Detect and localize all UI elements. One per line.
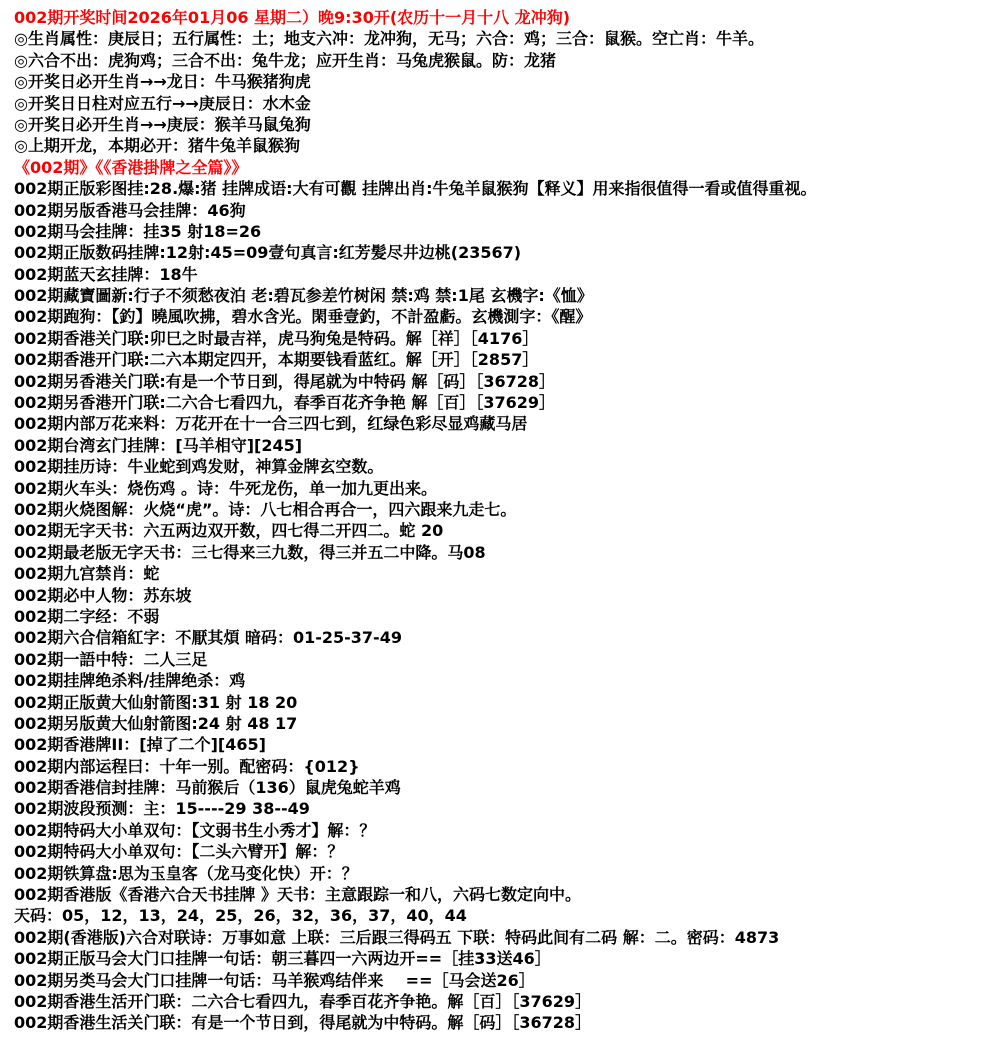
text-line: 002期内部万花来料：万花开在十一合三四七到，红绿色彩尽显鸡藏马居: [14, 413, 992, 434]
text-line: 002期香港生活关门联：有是一个节日到，得尾就为中特码。解［码］［36728］: [14, 1012, 992, 1033]
text-line: 002期九宫禁肖：蛇: [14, 563, 992, 584]
lottery-tips-text-block: 002期开奖时间2026年01月06 星期二）晚9:30开(农历十一月十八 龙冲…: [14, 7, 992, 1034]
text-line: 002期铁算盘:思为玉皇客（龙马变化快）开：？: [14, 863, 992, 884]
text-line: 002期另类马会大门口挂牌一句话：马羊猴鸡结伴来 ==［马会送26］: [14, 970, 992, 991]
text-line: 002期特码大小单双句：【二头六臂开】解：？: [14, 841, 992, 862]
text-line: 002期火烧图解：火烧“虎”。诗：八七相合再合一，四六跟来九走七。: [14, 499, 992, 520]
highlight-text-line: 002期开奖时间2026年01月06 星期二）晚9:30开(农历十一月十八 龙冲…: [14, 7, 992, 28]
text-line: 002期挂牌绝杀料/挂牌绝杀：鸡: [14, 670, 992, 691]
text-line: 002期台湾玄门挂牌：[马羊相守][245]: [14, 435, 992, 456]
text-line: ◎开奖日必开生肖→→庚辰：猴羊马鼠兔狗: [14, 114, 992, 135]
text-line: 002期跑狗：【釣】曉風吹拂，碧水含光。閑垂壹釣，不計盈虧。玄機測字：《醒》: [14, 306, 992, 327]
text-line: ◎开奖日日柱对应五行→→庚辰日：水木金: [14, 93, 992, 114]
lottery-tips-page: 002期开奖时间2026年01月06 星期二）晚9:30开(农历十一月十八 龙冲…: [0, 0, 1000, 1051]
text-line: 002期最老版无字天书：三七得来三九数，得三并五二中降。马08: [14, 542, 992, 563]
text-line: ◎开奖日必开生肖→→龙日：牛马猴猪狗虎: [14, 71, 992, 92]
text-line: 002期(香港版)六合对联诗：万事如意 上联：三后跟三得码五 下联：特码此间有二…: [14, 927, 992, 948]
text-line: 002期马会挂牌：挂35 射18=26: [14, 221, 992, 242]
text-line: 002期香港版《香港六合天书挂牌 》天书：主意跟踪一和八，六码七数定向中。: [14, 884, 992, 905]
text-line: 002期另香港开门联:二六合七看四九，春季百花齐争艳 解［百］［37629］: [14, 392, 992, 413]
text-line: 天码：05，12，13，24，25，26，32，36，37，40，44: [14, 905, 992, 926]
text-line: 002期蓝天玄挂牌：18牛: [14, 264, 992, 285]
text-line: 002期藏寶圖新:行子不须愁夜泊 老:碧瓦参差竹树闲 禁:鸡 禁:1尾 玄機字:…: [14, 285, 992, 306]
text-line: 002期特码大小单双句：【文弱书生小秀才】解：？: [14, 820, 992, 841]
text-line: 002期香港信封挂牌：马前猴后（136）鼠虎兔蛇羊鸡: [14, 777, 992, 798]
text-line: 002期波段预测：主：15----29 38--49: [14, 798, 992, 819]
text-line: 002期另版黄大仙射箭图:24 射 48 17: [14, 713, 992, 734]
text-line: 002期正版数码挂牌:12射:45=09壹句真言:红芳髪尽井边桃(23567): [14, 242, 992, 263]
text-line: 002期香港生活开门联：二六合七看四九，春季百花齐争艳。解［百］［37629］: [14, 991, 992, 1012]
text-line: 002期必中人物：苏东坡: [14, 585, 992, 606]
text-line: 002期另香港关门联:有是一个节日到，得尾就为中特码 解［码］［36728］: [14, 371, 992, 392]
text-line: 002期正版马会大门口挂牌一句话：朝三暮四一六两边开==［挂33送46］: [14, 948, 992, 969]
text-line: 002期无字天书：六五两边双开数，四七得二开四二。蛇 20: [14, 520, 992, 541]
text-line: 002期正版黄大仙射箭图:31 射 18 20: [14, 692, 992, 713]
text-line: ◎生肖属性：庚辰日；五行属性：土；地支六冲：龙冲狗，无马；六合：鸡；三合：鼠猴。…: [14, 28, 992, 49]
text-line: 002期香港开门联:二六本期定四开，本期要钱看蓝红。解［开］［2857］: [14, 349, 992, 370]
text-line: 002期一語中特：二人三足: [14, 649, 992, 670]
text-line: 002期正版彩图挂:28.爆:猪 挂牌成语:大有可觀 挂牌出肖:牛兔羊鼠猴狗【释…: [14, 178, 992, 199]
text-line: 002期另版香港马会挂牌：46狗: [14, 200, 992, 221]
highlight-text-line: 《002期》《《香港掛牌之全篇》》: [14, 157, 992, 178]
text-line: 002期香港牌II：[掉了二个][465]: [14, 734, 992, 755]
text-line: ◎六合不出：虎狗鸡；三合不出：兔牛龙；应开生肖：马兔虎猴鼠。防：龙猪: [14, 50, 992, 71]
text-line: 002期挂历诗：牛业蛇到鸡发财，神算金牌玄空数。: [14, 456, 992, 477]
text-line: 002期内部运程曰：十年一别。配密码：{012}: [14, 756, 992, 777]
text-line: 002期二字经：不弱: [14, 606, 992, 627]
text-line: ◎上期开龙，本期必开：猪牛兔羊鼠猴狗: [14, 135, 992, 156]
text-line: 002期六合信箱紅字：不厭其煩 暗码：01-25-37-49: [14, 627, 992, 648]
text-line: 002期香港关门联:卯巳之时最吉祥，虎马狗兔是特码。解［祥］［4176］: [14, 328, 992, 349]
text-line: 002期火车头：烧伤鸡 。诗：牛死龙伤，单一加九更出来。: [14, 478, 992, 499]
